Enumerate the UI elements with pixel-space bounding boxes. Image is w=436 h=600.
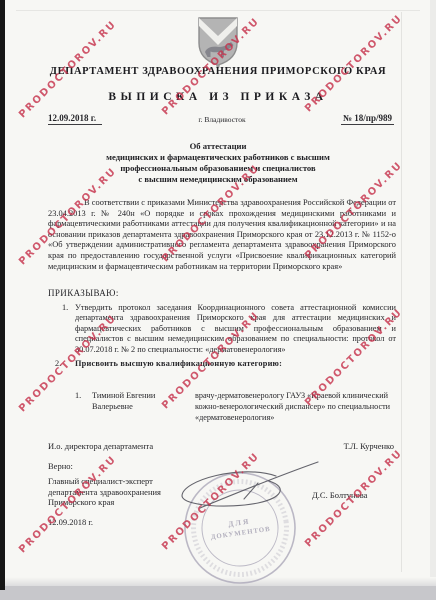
- award-row: 1. Тиминой Евгении Валерьевне врачу-дерм…: [75, 391, 405, 423]
- item-number: 2.: [55, 359, 61, 369]
- document-city: г. Владивосток: [198, 115, 245, 124]
- document-type-title: ВЫПИСКА ИЗ ПРИКАЗА: [0, 91, 436, 103]
- expert-position-line: департамента здравоохранения: [48, 487, 218, 498]
- expert-position-line: Главный специалист-эксперт: [48, 476, 218, 487]
- subject-line: Об аттестации: [0, 141, 436, 152]
- coat-of-arms-icon: [196, 15, 240, 68]
- subject-line: медицинских и фармацевтических работнико…: [0, 152, 436, 163]
- award-description: врачу-дерматовенерологу ГАУЗ «Краевой кл…: [195, 391, 400, 423]
- department-title: ДЕПАРТАМЕНТ ЗДРАВООХРАНЕНИЯ ПРИМОРСКОГО …: [0, 66, 436, 77]
- subject-line: с высшим немедицинским образованием: [0, 174, 436, 185]
- document-number: № 18/пр/989: [341, 113, 394, 125]
- scan-edge-left: [0, 0, 5, 590]
- paper-top-edge: [16, 10, 420, 11]
- award-number: 1.: [75, 391, 92, 423]
- certified-label: Верно:: [48, 461, 73, 471]
- stamp-text-line2: ДОКУМЕНТОВ: [210, 526, 271, 541]
- resolution-word: ПРИКАЗЫВАЮ:: [48, 288, 119, 298]
- subject-line: профессиональным образованием и специали…: [0, 163, 436, 174]
- document-page: ДЕПАРТАМЕНТ ЗДРАВООХРАНЕНИЯ ПРИМОРСКОГО …: [0, 0, 436, 600]
- item-text: Присвоить высшую квалификационную катего…: [75, 359, 396, 369]
- scan-edge-right: [430, 0, 436, 586]
- document-date: 12.09.2018 г.: [48, 113, 102, 125]
- subject-block: Об аттестации медицинских и фармацевтиче…: [0, 141, 436, 185]
- order-item-2: 2. Присвоить высшую квалификационную кат…: [48, 359, 396, 369]
- preamble-paragraph: В соответствии с приказами Министерства …: [48, 198, 396, 272]
- expert-position-line: Приморского края: [48, 497, 218, 508]
- date-line: 12.09.2018 г. г. Владивосток № 18/пр/989: [48, 113, 396, 127]
- award-person-name: Тиминой Евгении Валерьевне: [92, 391, 195, 423]
- certified-date: 12.09.2018 г.: [48, 517, 93, 527]
- expert-position-block: Главный специалист-эксперт департамента …: [48, 476, 218, 508]
- order-item-1: 1. Утвердить протокол заседания Координа…: [48, 303, 396, 355]
- signer-name: Т.Л. Курченко: [344, 441, 394, 451]
- signature-row-director: И.о. директора департамента Т.Л. Курченк…: [48, 441, 394, 451]
- signer-position: И.о. директора департамента: [48, 441, 153, 451]
- item-text: Утвердить протокол заседания Координацио…: [75, 303, 396, 355]
- item-number: 1.: [62, 303, 68, 313]
- expert-name: Д.С. Болтунова: [312, 490, 367, 500]
- scan-edge-bottom: [0, 586, 436, 600]
